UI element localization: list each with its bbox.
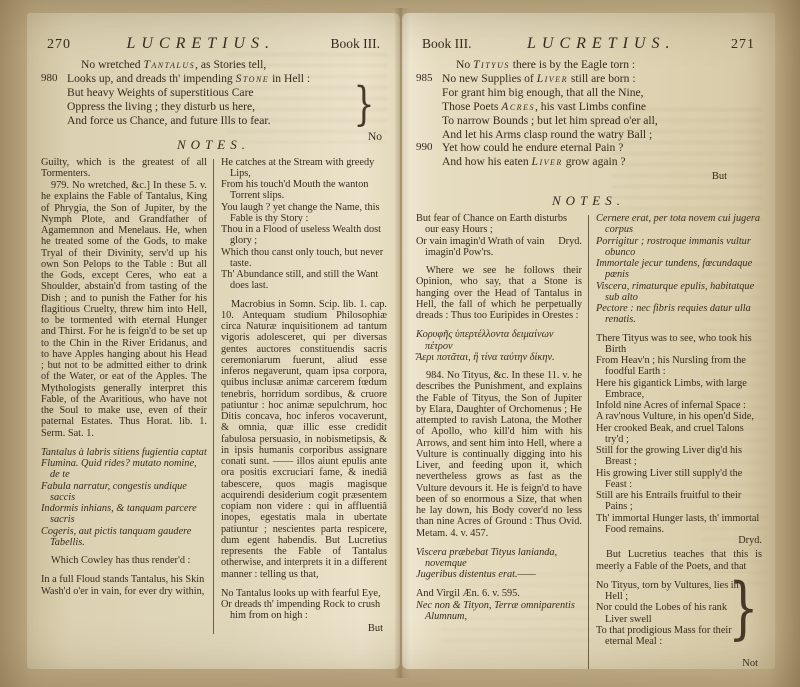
small-caps-name: Stone <box>236 72 270 85</box>
right-verse-block: No Tityus there is by the Eagle torn : 9… <box>402 55 775 184</box>
left-verse-block: No wretched Tantalus, as Stories tell, 9… <box>27 55 400 128</box>
verse-quote-line: You laugh ? yet change the Name, this Fa… <box>221 202 387 225</box>
verse-quote-line: Her crooked Beak, and cruel Talons try'd… <box>596 423 762 446</box>
latin-quote-line: Pectore : nec fibris requies datur ulla … <box>596 303 762 326</box>
greek-quote-line: Ἄερι ποτᾶται, ἢ τίνα ταύτην δίκην. <box>416 352 582 363</box>
verse-line: 985 No new Supplies of Liver still are b… <box>442 72 741 86</box>
book-spread-scan: 270 LUCRETIUS. Book III. No wretched Tan… <box>0 0 800 687</box>
latin-quote-line: Cogeris, aut pictis tanquam gaudere Tabe… <box>41 526 207 549</box>
attribution: Dryd. <box>567 236 582 247</box>
verse-line: 990 Yet how could he endure eternal Pain… <box>442 141 741 155</box>
verse-quote-line: Thou in a Flood of useless Wealth dost g… <box>221 224 387 247</box>
verse-quote-line: From his touch'd Mouth the wanton Torren… <box>221 179 387 202</box>
small-caps-name: Liver <box>532 155 563 168</box>
verse-quote-line: A rav'nous Vulture, in his open'd Side, <box>596 411 762 422</box>
verse-quote-line: Dryd.Or vain imagin'd Wrath of vain imag… <box>416 236 582 259</box>
verse-line: To narrow Bounds ; but let him spread o'… <box>442 114 741 128</box>
binding-gutter-shadow <box>394 8 410 678</box>
right-running-title: LUCRETIUS. <box>472 35 732 53</box>
verse-quote-line: Still for the growing Liver dig'd his Br… <box>596 445 762 468</box>
verse-quote-line: Th' Abundance still, and still the Want … <box>221 269 387 292</box>
small-caps-name: Tityus <box>473 58 510 71</box>
verse-quote-line: Still are his Entrails fruitful to their… <box>596 490 762 513</box>
latin-quote-line: Flumina. Quid rides? mutato nomine, de t… <box>41 458 207 481</box>
catchword: No <box>368 131 382 145</box>
note-paragraph: And Virgil Æn. 6. v. 595. <box>416 588 582 599</box>
note-paragraph: 979. No wretched, &c.] In these 5. v. he… <box>41 180 207 439</box>
verse-quote-line: But fear of Chance on Earth disturbs our… <box>416 213 582 236</box>
notes-heading: NOTES. <box>402 193 775 209</box>
verse-quote-line: No Tityus, torn by Vultures, lies in Hel… <box>596 580 746 603</box>
verse-line: Those Poets Acres, his vast Limbs confin… <box>442 100 741 114</box>
verse-quote-line: He catches at the Stream with greedy Lip… <box>221 157 387 180</box>
verse-line: For grant him big enough, that all the N… <box>442 86 741 100</box>
verse-line: But heavy Weights of superstitious Care <box>67 86 366 100</box>
small-caps-name: Acres <box>501 100 535 113</box>
final-quote-block: No Tityus, torn by Vultures, lies in Hel… <box>596 580 762 648</box>
note-paragraph: But Lucretius teaches that this is meerl… <box>596 549 762 572</box>
verse-line: No wretched Tantalus, as Stories tell, <box>67 58 366 72</box>
latin-quote-line: Porrigitur ; rostroque immanis vultur ob… <box>596 236 762 259</box>
catchword: But <box>442 170 741 184</box>
verse-quote-line: Th' immortal Hunger lasts, th' immortal … <box>596 513 762 536</box>
note-paragraph: Which Cowley has thus render'd : <box>41 555 207 566</box>
right-book-label: Book III. <box>422 36 472 52</box>
verse-quote-line: There Tityus was to see, who took his Bi… <box>596 333 762 356</box>
right-page-number: 271 <box>731 37 755 53</box>
note-paragraph: Where we see he follows their Opinion, w… <box>416 265 582 321</box>
triplet-brace-icon: } <box>728 575 759 642</box>
right-notes-column-1: But fear of Chance on Earth disturbs our… <box>416 213 588 669</box>
verse-number: 985 <box>416 72 433 86</box>
verse-line: 980 Looks up, and dreads th' impending S… <box>67 72 366 86</box>
right-notes-column-2: Cernere erat, per tota novem cui jugera … <box>589 213 762 669</box>
verse-quote-line: In a full Floud stands Tantalus, his Ski… <box>41 574 207 585</box>
verse-line: And how his eaten Liver grow again ? <box>442 155 741 169</box>
left-notes-column-2: He catches at the Stream with greedy Lip… <box>214 157 387 634</box>
verse-line: Oppress the living ; they disturb us her… <box>67 100 366 114</box>
left-page: 270 LUCRETIUS. Book III. No wretched Tan… <box>27 13 400 669</box>
left-notes-column-1: Guilty, which is the greatest of all Tor… <box>41 157 213 634</box>
note-paragraph: 984. No Tityus, &c. In these 11. v. he d… <box>416 370 582 539</box>
latin-quote-line: Viscera præbebat Tityus lanianda, novemq… <box>416 547 582 570</box>
latin-quote-line: Tantalus à labris sitiens fugientia capt… <box>41 447 207 458</box>
latin-quote-line: Cernere erat, per tota novem cui jugera … <box>596 213 762 236</box>
verse-quote-line: Infold nine Acres of infernal Space : <box>596 400 762 411</box>
verse-quote-line: Which thou canst only touch, but never t… <box>221 247 387 270</box>
left-book-label: Book III. <box>331 36 381 52</box>
latin-quote-line: Nec non & Tityon, Terræ omniparentis Alu… <box>416 600 582 623</box>
right-page: Book III. LUCRETIUS. 271 No Tityus there… <box>402 13 775 669</box>
verse-quote-line: His growing Liver still supply'd the Fea… <box>596 468 762 491</box>
greek-quote-line: Κορυφῆς ὑπερτέλλοντα δειμαίνων πέτρον <box>416 329 582 352</box>
verse-quote-line: To that prodigious Mass for their eterna… <box>596 625 746 648</box>
verse-quote-line: From Heav'n ; his Nursling from the food… <box>596 355 762 378</box>
catchword: But <box>221 623 387 634</box>
note-paragraph: Guilty, which is the greatest of all Tor… <box>41 157 207 180</box>
verse-quote-line: Nor could the Lobes of his rank Liver sw… <box>596 602 746 625</box>
verse-quote-line: No Tantalus looks up with fearful Eye, <box>221 588 387 599</box>
attribution: Dryd. <box>596 535 762 546</box>
verse-quote-line: Here his gigantick Limbs, with large Emb… <box>596 378 762 401</box>
notes-heading: NOTES. <box>27 137 400 153</box>
right-page-header: Book III. LUCRETIUS. 271 <box>402 13 775 55</box>
verse-quote-line: Or dreads th' impending Rock to crush hi… <box>221 599 387 622</box>
left-page-header: 270 LUCRETIUS. Book III. <box>27 13 400 55</box>
verse-quote-line: Wash'd o'er in vain, for ever dry within… <box>41 586 207 597</box>
latin-quote-line: Viscera, rimaturque epulis, habitatque s… <box>596 281 762 304</box>
left-running-title: LUCRETIUS. <box>71 35 331 53</box>
left-notes-columns: Guilty, which is the greatest of all Tor… <box>27 157 400 634</box>
verse-line: And force us Chance, and future Ills to … <box>67 114 366 128</box>
right-notes-columns: But fear of Chance on Earth disturbs our… <box>402 213 775 669</box>
verse-line: And let his Arms clasp round the watry B… <box>442 128 741 142</box>
latin-quote-line: Indormis inhians, & tanquam parcere sacr… <box>41 503 207 526</box>
small-caps-name: Tantalus <box>143 58 195 71</box>
verse-number: 990 <box>416 141 433 155</box>
verse-number: 980 <box>41 72 58 86</box>
catchword: Not <box>596 658 762 669</box>
small-caps-name: Liver <box>537 72 568 85</box>
verse-line: No Tityus there is by the Eagle torn : <box>442 58 741 72</box>
note-paragraph: Macrobius in Somn. Scip. lib. 1. cap. 10… <box>221 299 387 580</box>
latin-quote-line: Fabula narratur, congestis undique sacci… <box>41 481 207 504</box>
latin-quote-line: Immortale jecur tundens, fœcundaque pœni… <box>596 258 762 281</box>
triplet-brace-icon: } <box>354 82 375 128</box>
left-page-number: 270 <box>47 37 71 53</box>
latin-quote-line: Jugeribus distentus erat.—— <box>416 569 582 580</box>
